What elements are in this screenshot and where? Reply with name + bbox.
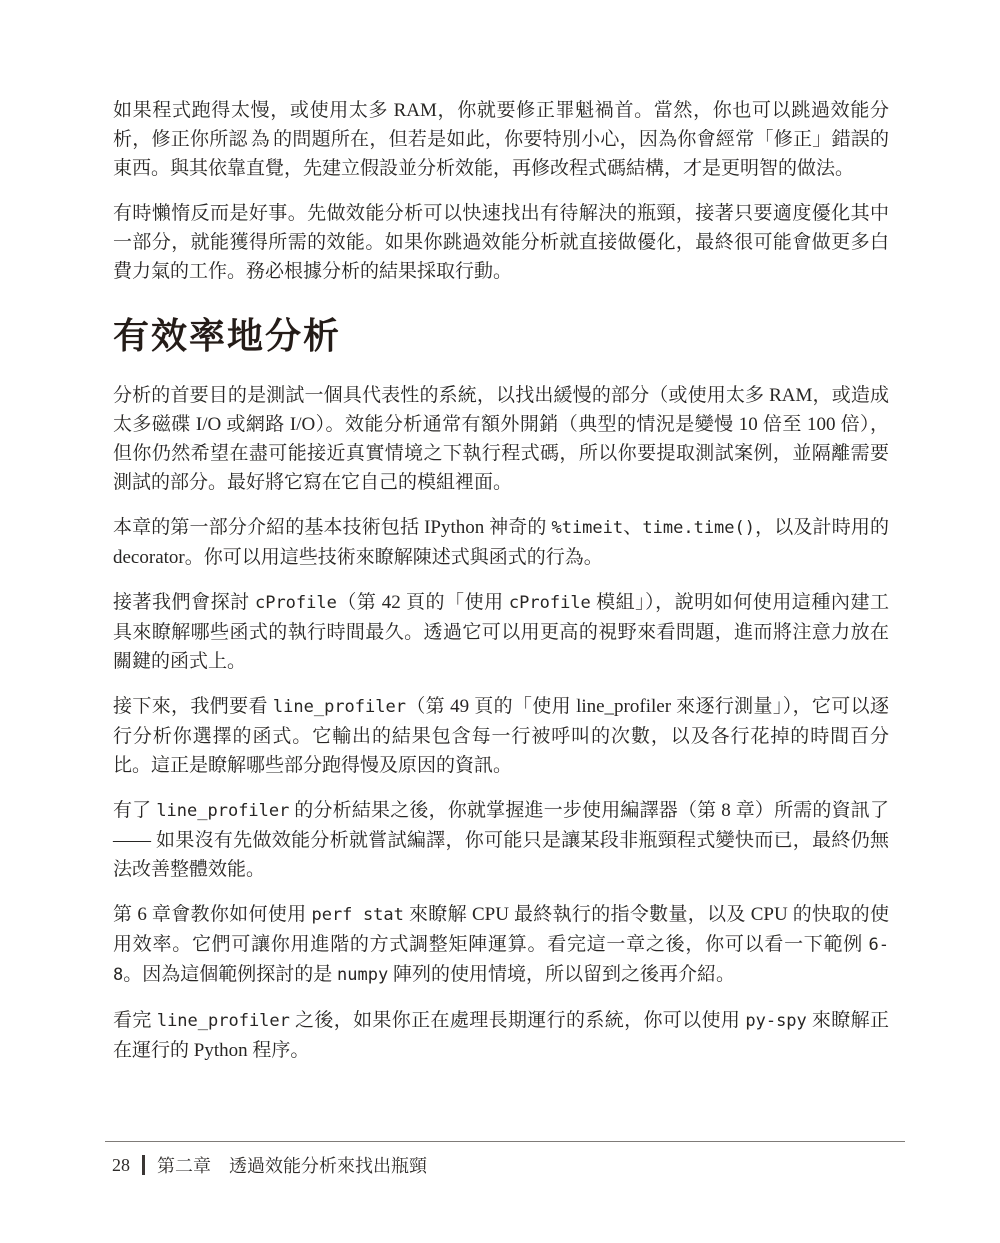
text-run-cjk: 陣列的使用情境，所以留到之後再介紹。 <box>388 964 735 985</box>
footer-chapter-title: 透過效能分析來找出瓶頸 <box>229 1152 427 1178</box>
text-run-cjk: （第 49 頁的「使用 <box>406 696 576 717</box>
text-run-cjk: 分析的首要目的是測試一個具代表性的系統，以找出緩慢的部分（或使用太多 RAM，或… <box>113 385 889 493</box>
text-run-code: %timeit <box>551 518 623 538</box>
text-run-cjk: 有了 <box>113 800 156 821</box>
text-run-cjk: 本章的第一部分介紹的基本技術包括 IPython 神奇的 <box>113 517 551 538</box>
text-run-code: py-spy <box>745 1011 806 1031</box>
text-run-code: time.time() <box>642 518 755 538</box>
body-paragraph: 有時懶惰反而是好事。先做效能分析可以快速找出有待解決的瓶頸，接著只要適度優化其中… <box>113 199 889 286</box>
body-paragraph: 第 6 章會教你如何使用 perf stat 來瞭解 CPU 最終執行的指令數量… <box>113 900 889 990</box>
text-run-cjk: 有時懶惰反而是好事。先做效能分析可以快速找出有待解決的瓶頸，接著只要適度優化其中… <box>113 203 889 282</box>
text-run-code: cProfile <box>509 593 591 613</box>
text-run-code: numpy <box>337 965 388 985</box>
body-paragraph: 本章的第一部分介紹的基本技術包括 IPython 神奇的 %timeit、tim… <box>113 513 889 572</box>
body-paragraph: 如果程式跑得太慢，或使用太多 RAM，你就要修正罪魁禍首。當然，你也可以跳過效能… <box>113 96 889 183</box>
text-run-em: 認為 <box>229 129 274 150</box>
body-paragraph: 分析的首要目的是測試一個具代表性的系統，以找出緩慢的部分（或使用太多 RAM，或… <box>113 381 889 497</box>
text-run-cjk: 、 <box>623 517 642 538</box>
page-content: 如果程式跑得太慢，或使用太多 RAM，你就要修正罪魁禍首。當然，你也可以跳過效能… <box>113 96 889 1081</box>
book-page: { "content": { "heading": "有效率地分析", "par… <box>0 0 1000 1243</box>
text-run-cjk: （第 42 頁的「使用 <box>337 592 509 613</box>
text-run-code: cProfile <box>255 593 337 613</box>
text-run-cjk: 接著我們會探討 <box>113 592 255 613</box>
text-run-code: perf stat <box>311 905 403 925</box>
text-run-code: line_profiler <box>156 801 289 821</box>
text-run-cjk: 接下來，我們要看 <box>113 696 273 717</box>
text-run-cjk: 。因為這個範例探討的是 <box>123 964 337 985</box>
body-paragraph: 看完 line_profiler 之後，如果你正在處理長期運行的系統，你可以使用… <box>113 1006 889 1065</box>
page-number: 28 <box>112 1155 130 1176</box>
text-run-ref: line_profiler <box>576 696 671 717</box>
body-paragraph: 接著我們會探討 cProfile（第 42 頁的「使用 cProfile 模組」… <box>113 588 889 676</box>
footer-divider <box>142 1155 145 1175</box>
page-footer: 28 第二章 透過效能分析來找出瓶頸 <box>105 1141 905 1178</box>
section-heading: 有效率地分析 <box>113 314 889 358</box>
text-run-cjk: 第 6 章會教你如何使用 <box>113 904 311 925</box>
body-paragraph: 接下來，我們要看 line_profiler（第 49 頁的「使用 line_p… <box>113 692 889 780</box>
footer-chapter-label: 第二章 <box>157 1152 211 1178</box>
text-run-cjk: 之後，如果你正在處理長期運行的系統，你可以使用 <box>290 1010 745 1031</box>
body-paragraph: 有了 line_profiler 的分析結果之後，你就掌握進一步使用編譯器（第 … <box>113 796 889 884</box>
text-run-code: line_profiler <box>273 697 406 717</box>
text-run-code: line_profiler <box>157 1011 290 1031</box>
text-run-cjk: 看完 <box>113 1010 157 1031</box>
